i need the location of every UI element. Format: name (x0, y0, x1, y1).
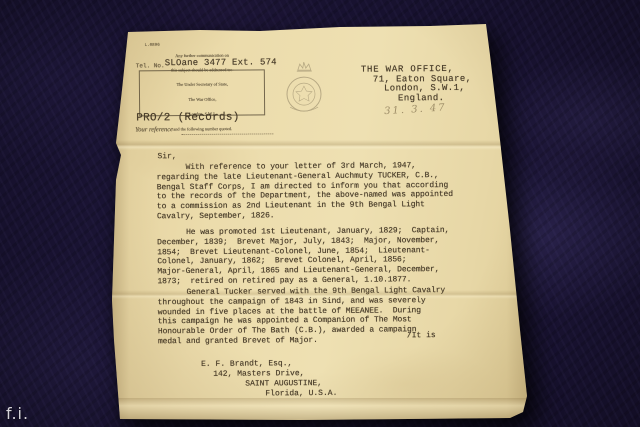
body-line: 1873; retired on retired pay as a Genera… (157, 275, 449, 287)
royal-crest-icon (277, 60, 332, 126)
correspondence-instruction-box: Any further communication on this subjec… (139, 69, 265, 116)
photo-scene: L.0896 Tel. No. SLOane 3477 Ext. 574 Any… (0, 0, 640, 427)
letter-content: L.0896 Tel. No. SLOane 3477 Ext. 574 Any… (106, 18, 533, 425)
continuation-mark: /It is (407, 331, 436, 340)
your-reference-rule (181, 132, 273, 135)
form-number: L.0896 (145, 42, 160, 47)
body-line: Cavalry, September, 1826. (157, 210, 453, 222)
office-address-country: England. (398, 93, 444, 103)
recipient-country: Florida, U.S.A. (201, 389, 337, 400)
letter-paper: L.0896 Tel. No. SLOane 3477 Ext. 574 Any… (108, 20, 532, 424)
body-line: medal and granted Brevet of Major. (158, 335, 446, 347)
correspondence-instruction-text: Any further communication on this subjec… (170, 44, 233, 142)
office-address-city: London, S.W.1, (384, 83, 465, 94)
recipient-address-block: E. F. Brandt, Esq., 142, Masters Drive, … (201, 359, 337, 400)
paragraph-appointment: With reference to your letter of 3rd Mar… (157, 161, 454, 222)
department-reference: PRO/2 (Records) (136, 112, 240, 125)
salutation: Sir, (157, 152, 176, 161)
pencil-date-annotation: 31. 3. 47 (384, 102, 447, 117)
letter-page: L.0896 Tel. No. SLOane 3477 Ext. 574 Any… (108, 20, 532, 424)
paragraph-service: General Tucker served with the 9th Benga… (158, 286, 446, 347)
paragraph-promotions: He was promoted 1st Lieutenant, January,… (157, 226, 450, 287)
your-reference-label: Your reference (135, 126, 173, 133)
watermark-label: f.i. (6, 404, 29, 423)
telephone-label: Tel. No. (136, 62, 165, 69)
